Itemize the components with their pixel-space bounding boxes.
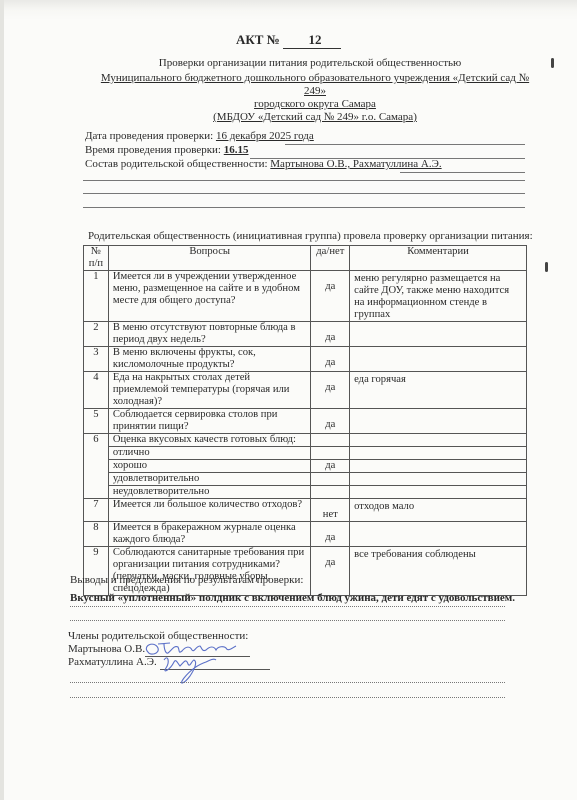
- page-edge: [0, 0, 4, 800]
- row-question: Соблюдаются санитарные требования при ор…: [108, 547, 311, 596]
- row-num: 8: [84, 522, 109, 547]
- table-row: 4Еда на накрытых столах детей приемлемой…: [84, 372, 527, 409]
- org-line-2: городского округа Самара: [254, 98, 376, 110]
- date-value: 16 декабря 2025 года: [216, 130, 314, 142]
- option-answer: [311, 473, 350, 486]
- conclusions-label: Выводы и предложения по результатам пров…: [70, 574, 303, 586]
- row-comment: еда горячая: [350, 372, 527, 409]
- option-label: удовлетворительно: [108, 473, 311, 486]
- row-num: 7: [84, 499, 109, 522]
- table-subrow: хорошода: [84, 460, 527, 473]
- time-value: 16.15: [224, 144, 249, 156]
- option-answer: да: [311, 460, 350, 473]
- row-question: Имеется ли в учреждении утвержденное мен…: [108, 271, 311, 322]
- scan-mark-1: [551, 58, 554, 68]
- time-label: Время проведения проверки:: [85, 144, 221, 156]
- signature-1-icon: [140, 634, 250, 692]
- table-row: 1Имеется ли в учреждении утвержденное ме…: [84, 271, 527, 322]
- row-comment: [350, 347, 527, 372]
- option-label: отлично: [108, 447, 311, 460]
- act-subtitle: Проверки организации питания родительско…: [0, 57, 577, 69]
- date-underline: [285, 144, 525, 145]
- organization-block: Муниципального бюджетного дошкольного об…: [90, 72, 540, 124]
- table-row: 9Соблюдаются санитарные требования при о…: [84, 547, 527, 596]
- scan-mark-2: [545, 262, 548, 272]
- row-answer: нет: [311, 499, 350, 522]
- table-row: 6Оценка вкусовых качеств готовых блюд:: [84, 434, 527, 447]
- members-label: Состав родительской общественности:: [85, 158, 268, 170]
- row-question: В меню включены фрукты, сок, кисломолочн…: [108, 347, 311, 372]
- row-answer: да: [311, 409, 350, 434]
- row-answer: да: [311, 522, 350, 547]
- header-question: Вопросы: [108, 246, 311, 271]
- org-line-1: Муниципального бюджетного дошкольного об…: [101, 72, 529, 97]
- dotted-line-2: [70, 620, 505, 621]
- row-num: 9: [84, 547, 109, 596]
- dotted-line-1: [70, 606, 505, 607]
- act-title: АКТ № 12: [0, 32, 577, 49]
- table-row: 7Имеется ли большое количество отходов?н…: [84, 499, 527, 522]
- table-row: 3В меню включены фрукты, сок, кисломолоч…: [84, 347, 527, 372]
- row-answer: да: [311, 271, 350, 322]
- dotted-line-3: [70, 682, 505, 683]
- org-line-3: (МБДОУ «Детский сад № 249» г.о. Самара): [213, 111, 417, 123]
- row-num: 2: [84, 322, 109, 347]
- row-answer: да: [311, 372, 350, 409]
- dotted-line-4: [70, 697, 505, 698]
- date-field: Дата проведения проверки: 16 декабря 202…: [85, 130, 314, 142]
- table-intro: Родительская общественность (инициативна…: [88, 230, 533, 242]
- row-question: Оценка вкусовых качеств готовых блюд:: [108, 434, 311, 447]
- blank-line-3: [83, 207, 525, 208]
- option-answer: [311, 486, 350, 499]
- option-answer: [311, 447, 350, 460]
- header-num: № п/п: [84, 246, 109, 271]
- table-row: 5Соблюдается сервировка столов при приня…: [84, 409, 527, 434]
- table-subrow: неудовлетворительно: [84, 486, 527, 499]
- option-label: неудовлетворительно: [108, 486, 311, 499]
- row-num: 3: [84, 347, 109, 372]
- act-number: 12: [283, 32, 341, 49]
- row-num: 6: [84, 434, 109, 499]
- table-subrow: отлично: [84, 447, 527, 460]
- row-answer: [311, 434, 350, 447]
- members-field: Состав родительской общественности: Март…: [85, 158, 442, 170]
- row-num: 4: [84, 372, 109, 409]
- time-field: Время проведения проверки: 16.15: [85, 144, 249, 156]
- option-comment: [350, 473, 527, 486]
- table-header-row: № п/п Вопросы да/нет Комментарии: [84, 246, 527, 271]
- table-row: 8Имеется в бракеражном журнале оценка ка…: [84, 522, 527, 547]
- member-1-name: Мартынова О.В.: [68, 643, 145, 655]
- row-comment: [350, 522, 527, 547]
- header-answer: да/нет: [311, 246, 350, 271]
- table-subrow: удовлетворительно: [84, 473, 527, 486]
- table-body: 1Имеется ли в учреждении утвержденное ме…: [84, 271, 527, 596]
- members-value: Мартынова О.В., Рахматуллина А.Э.: [270, 158, 441, 170]
- row-comment: отходов мало: [350, 499, 527, 522]
- row-question: Соблюдается сервировка столов при принят…: [108, 409, 311, 434]
- blank-line-2: [83, 193, 525, 194]
- option-comment: [350, 447, 527, 460]
- header-comment: Комментарии: [350, 246, 527, 271]
- date-label: Дата проведения проверки:: [85, 130, 213, 142]
- row-question: Имеется ли большое количество отходов?: [108, 499, 311, 522]
- conclusions-text: Вкусный «уплотненный» полдник с включени…: [70, 592, 515, 604]
- row-comment: [350, 322, 527, 347]
- members-underline: [400, 172, 525, 173]
- row-answer: да: [311, 347, 350, 372]
- table-row: 2В меню отсутствуют повторные блюда в пе…: [84, 322, 527, 347]
- row-comment: [350, 434, 527, 447]
- act-title-prefix: АКТ №: [236, 32, 280, 47]
- row-comment: все требования соблюдены: [350, 547, 527, 596]
- row-comment: [350, 409, 527, 434]
- row-question: Имеется в бракеражном журнале оценка каж…: [108, 522, 311, 547]
- inspection-table: № п/п Вопросы да/нет Комментарии 1Имеетс…: [83, 245, 527, 596]
- option-comment: [350, 460, 527, 473]
- option-comment: [350, 486, 527, 499]
- row-answer: да: [311, 322, 350, 347]
- row-comment: меню регулярно размещается на сайте ДОУ,…: [350, 271, 527, 322]
- row-question: Еда на накрытых столах детей приемлемой …: [108, 372, 311, 409]
- row-num: 1: [84, 271, 109, 322]
- row-answer: да: [311, 547, 350, 596]
- row-question: В меню отсутствуют повторные блюда в пер…: [108, 322, 311, 347]
- scanned-page: АКТ № 12 Проверки организации питания ро…: [0, 0, 577, 800]
- blank-line-1: [83, 180, 525, 181]
- option-label: хорошо: [108, 460, 311, 473]
- row-num: 5: [84, 409, 109, 434]
